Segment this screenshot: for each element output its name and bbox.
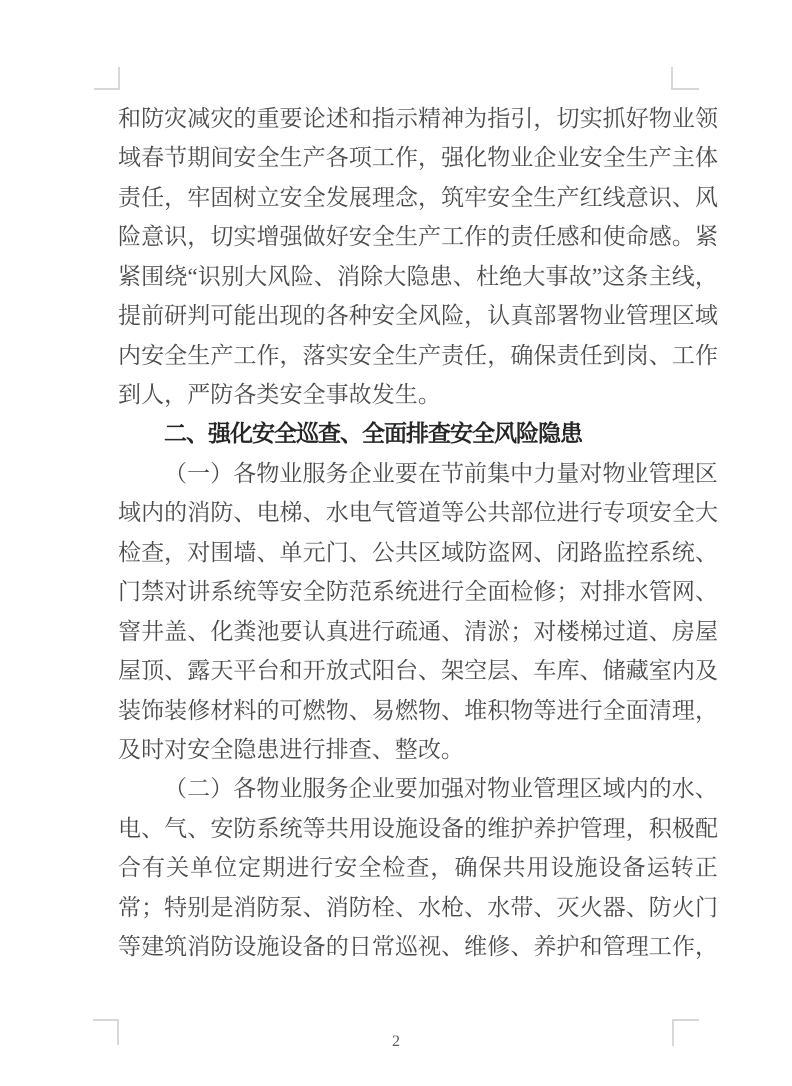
char: 的 — [303, 296, 326, 335]
char: 对 — [579, 454, 602, 493]
char: 这 — [602, 257, 625, 296]
char: 出 — [256, 296, 279, 335]
char: 。 — [418, 375, 441, 414]
char: 行 — [580, 691, 603, 730]
char: 物 — [418, 691, 441, 730]
char: 对 — [164, 572, 187, 611]
char: 用 — [527, 848, 550, 887]
char: 护 — [556, 809, 579, 848]
char: 期 — [262, 848, 285, 887]
char: 查 — [406, 848, 429, 887]
char: 和 — [280, 651, 303, 690]
char: 屋 — [695, 612, 718, 651]
char: 设 — [599, 848, 622, 887]
char: 淤 — [487, 612, 510, 651]
char: 全 — [303, 375, 326, 414]
char: 产 — [649, 138, 672, 177]
char: 闭 — [556, 533, 579, 572]
char: 通 — [418, 612, 441, 651]
char: 防 — [233, 809, 256, 848]
char: 指 — [372, 99, 395, 138]
char: 清 — [649, 691, 672, 730]
text-line: 门禁对讲系统等安全防范系统进行全面检修；对排水管网、 — [118, 572, 718, 611]
char: （ — [164, 454, 187, 493]
char: 统 — [672, 533, 695, 572]
text-line: 紧围绕“识别大风险、消除大隐患、杜绝大事故”这条主线， — [118, 257, 718, 296]
char: 故 — [569, 257, 592, 296]
char: 落 — [303, 336, 326, 375]
char: 进 — [279, 730, 302, 769]
char: 作 — [672, 927, 695, 966]
char: 物 — [487, 769, 510, 808]
char: 隐 — [406, 257, 429, 296]
char: 责 — [118, 178, 141, 217]
text-line: 内安全生产工作，落实安全生产责任，确保责任到岗、工作 — [118, 336, 718, 375]
char: 的 — [256, 691, 279, 730]
char: 服 — [302, 769, 325, 808]
char: ， — [164, 375, 187, 414]
char: 燃 — [395, 691, 418, 730]
char: 露 — [187, 651, 210, 690]
char: 消 — [337, 257, 360, 296]
char: 修 — [533, 572, 556, 611]
char: 内 — [626, 769, 649, 808]
char: 任 — [580, 336, 603, 375]
char: 春 — [141, 138, 164, 177]
char: 、 — [187, 809, 210, 848]
char: 理 — [672, 454, 695, 493]
paragraph-item-2: （二）各物业服务企业要加强对物业管理区域内的水、电、气、安防系统等共用设施设备的… — [118, 769, 718, 966]
char: 业 — [510, 769, 533, 808]
char: 、 — [626, 888, 649, 927]
char: 、 — [164, 651, 187, 690]
char: ， — [533, 99, 556, 138]
char: 险 — [291, 257, 314, 296]
char: 灾 — [164, 99, 187, 138]
char: 等 — [533, 691, 556, 730]
char: 安 — [580, 138, 603, 177]
char: 控 — [626, 533, 649, 572]
char: 及 — [695, 651, 718, 690]
char: 大 — [383, 257, 406, 296]
char: 述 — [326, 99, 349, 138]
char: 领 — [695, 99, 718, 138]
char: 墙 — [233, 533, 256, 572]
char: 是 — [210, 888, 233, 927]
char: 等 — [303, 809, 326, 848]
char: 转 — [671, 848, 694, 887]
char: 部 — [510, 493, 533, 532]
paragraph-continuation: 和防灾减灾的重要论述和指示精神为指引，切实抓好物业领域春节期间安全生产各项工作，… — [118, 99, 718, 415]
char: 示 — [395, 99, 418, 138]
char: 修 — [187, 691, 210, 730]
char: 备 — [441, 809, 464, 848]
char: 开 — [303, 651, 326, 690]
char: 种 — [349, 296, 372, 335]
char: 认 — [487, 296, 510, 335]
char: 窨 — [118, 612, 141, 651]
margin-mark-top-left — [94, 67, 120, 90]
text-line: 等建筑消防设施设备的日常巡视、维修、养护和管理工作， — [118, 927, 718, 966]
char: 论 — [303, 99, 326, 138]
char: 有 — [142, 848, 165, 887]
char: 各 — [326, 138, 349, 177]
char: 期 — [187, 138, 210, 177]
char: 门 — [118, 572, 141, 611]
char: 安 — [349, 336, 372, 375]
char: 面 — [487, 572, 510, 611]
char: 、 — [533, 888, 556, 927]
char: 防 — [210, 927, 233, 966]
text-line: 域春节期间安全生产各项工作，强化物业企业安全生产主体 — [118, 138, 718, 177]
char: 患 — [430, 257, 453, 296]
char: 确 — [510, 336, 533, 375]
char: 行 — [441, 572, 464, 611]
char: 消 — [187, 493, 210, 532]
char: 可 — [280, 691, 303, 730]
char: 积 — [487, 691, 510, 730]
char: 、 — [695, 769, 718, 808]
char: 全 — [303, 572, 326, 611]
text-line: 险意识，切实增强做好安全生产工作的责任感和使命感。紧 — [118, 217, 718, 256]
char: ， — [430, 848, 453, 887]
char: 管 — [626, 296, 649, 335]
char: ， — [280, 336, 303, 375]
char: 水 — [626, 572, 649, 611]
char: 理 — [372, 178, 395, 217]
char: 业 — [556, 138, 579, 177]
char: 设 — [280, 927, 303, 966]
char: 盖 — [164, 612, 187, 651]
char: 安 — [349, 217, 372, 256]
char: 装 — [118, 691, 141, 730]
char: 防 — [210, 375, 233, 414]
char: 、 — [349, 691, 372, 730]
char: 项 — [349, 138, 372, 177]
char: 险 — [441, 296, 464, 335]
char: 故 — [349, 375, 372, 414]
char: 加 — [418, 769, 441, 808]
heading-line: 二、强化安全巡查、全面排查安全风险隐患 — [118, 415, 718, 454]
char: 的 — [487, 217, 510, 256]
char: 务 — [326, 769, 349, 808]
char: 的 — [326, 927, 349, 966]
char: 藏 — [626, 651, 649, 690]
char: 和 — [580, 217, 603, 256]
char: 电 — [349, 493, 372, 532]
char: 、 — [672, 178, 695, 217]
char: 防 — [464, 533, 487, 572]
char: 楼 — [556, 612, 579, 651]
char: 清 — [464, 612, 487, 651]
char: 工 — [372, 138, 395, 177]
char: 设 — [233, 927, 256, 966]
char: 范 — [349, 572, 372, 611]
char: 巡 — [395, 927, 418, 966]
page-number: 2 — [0, 1031, 792, 1053]
char: 枪 — [441, 888, 464, 927]
char: 管 — [649, 454, 672, 493]
text-line: 合有关单位定期进行安全检查，确保共用设施设备运转正 — [118, 848, 718, 887]
char: 时 — [141, 730, 164, 769]
char: ； — [510, 612, 533, 651]
char: 管 — [580, 809, 603, 848]
char: 统 — [233, 572, 256, 611]
text-line: 到人，严防各类安全事故发生。 — [118, 375, 718, 414]
char: 筑 — [164, 927, 187, 966]
char: 车 — [533, 651, 556, 690]
char: 积 — [649, 809, 672, 848]
char: 平 — [233, 651, 256, 690]
text-line: 责任，牢固树立安全发展理念，筑牢安全生产红线意识、风 — [118, 178, 718, 217]
char: 设 — [551, 848, 574, 887]
char: ， — [418, 178, 441, 217]
char: 各 — [233, 375, 256, 414]
char: 展 — [349, 178, 372, 217]
char: 等 — [118, 927, 141, 966]
char: 消 — [187, 927, 210, 966]
char: 业 — [603, 296, 626, 335]
char: 施 — [395, 809, 418, 848]
char: 风 — [418, 296, 441, 335]
char: 化 — [464, 138, 487, 177]
char: 、 — [649, 336, 672, 375]
char: 条 — [625, 257, 648, 296]
char: 库 — [556, 651, 579, 690]
char: 防 — [649, 888, 672, 927]
char: 要 — [395, 454, 418, 493]
char: 要 — [280, 99, 303, 138]
char: 电 — [256, 493, 279, 532]
char: 、 — [303, 888, 326, 927]
char: 阳 — [372, 651, 395, 690]
char: 、 — [395, 888, 418, 927]
char: 运 — [647, 848, 670, 887]
char: 粪 — [233, 612, 256, 651]
char: 、 — [256, 533, 279, 572]
char: 、 — [453, 257, 476, 296]
char: 任 — [141, 178, 164, 217]
char: 产 — [556, 178, 579, 217]
char: ， — [695, 927, 718, 966]
char: 安 — [334, 848, 357, 887]
char: 对 — [464, 769, 487, 808]
char: 提 — [118, 296, 141, 335]
char: 全 — [303, 178, 326, 217]
char: 水 — [418, 888, 441, 927]
char: 理 — [556, 769, 579, 808]
char: 前 — [464, 454, 487, 493]
char: 产 — [303, 138, 326, 177]
char: 中 — [510, 454, 533, 493]
char: 事 — [326, 375, 349, 414]
char: 化 — [210, 612, 233, 651]
char: 进 — [556, 691, 579, 730]
char: 二 — [187, 769, 210, 808]
char: 电 — [118, 809, 141, 848]
char: 物 — [602, 454, 625, 493]
char: 管 — [603, 927, 626, 966]
char: 安 — [187, 730, 210, 769]
char: 安 — [280, 572, 303, 611]
char: 域 — [118, 138, 141, 177]
char: 泵 — [280, 888, 303, 927]
char: 面 — [626, 691, 649, 730]
char: 进 — [349, 612, 372, 651]
char: 认 — [303, 612, 326, 651]
char: 火 — [672, 888, 695, 927]
char: 空 — [464, 651, 487, 690]
char: 网 — [672, 572, 695, 611]
char: 意 — [626, 178, 649, 217]
char: 全 — [395, 296, 418, 335]
char: 专 — [603, 493, 626, 532]
char: 检 — [382, 848, 405, 887]
char: 实 — [233, 217, 256, 256]
char: 、 — [349, 533, 372, 572]
char: 业 — [372, 454, 395, 493]
char: 发 — [372, 375, 395, 414]
char: 。 — [672, 217, 695, 256]
char: 安 — [279, 375, 302, 414]
char: 和 — [118, 99, 141, 138]
char: 道 — [418, 493, 441, 532]
char: 生 — [187, 336, 210, 375]
char: 安 — [280, 178, 303, 217]
char: 重 — [256, 99, 279, 138]
char: 业 — [672, 99, 695, 138]
char: 抓 — [603, 99, 626, 138]
char: 固 — [210, 178, 233, 217]
char: 增 — [256, 217, 279, 256]
char: “ — [188, 257, 198, 296]
char: 企 — [349, 454, 372, 493]
char: 念 — [395, 178, 418, 217]
char: 、 — [141, 809, 164, 848]
char: 牢 — [464, 178, 487, 217]
char: 式 — [349, 651, 372, 690]
char: 围 — [141, 257, 164, 296]
char: 统 — [280, 809, 303, 848]
char: 防 — [256, 888, 279, 927]
char: 别 — [187, 888, 210, 927]
char: 火 — [580, 888, 603, 927]
char: 意 — [141, 217, 164, 256]
char: 线 — [672, 257, 695, 296]
char: 物 — [326, 691, 349, 730]
char: 在 — [418, 454, 441, 493]
char: 全 — [510, 178, 533, 217]
char: 燃 — [303, 691, 326, 730]
char: 责 — [510, 217, 533, 256]
char: 强 — [441, 769, 464, 808]
char: 发 — [326, 178, 349, 217]
char: 放 — [326, 651, 349, 690]
char: 绕 — [164, 257, 187, 296]
char: 屋 — [118, 651, 141, 690]
char: 域 — [441, 533, 464, 572]
paragraph-item-1: （一）各物业服务企业要在节前集中力量对物业管理区域内的消防、电梯、水电气管道等公… — [118, 454, 718, 770]
char: 引 — [510, 99, 533, 138]
char: 视 — [418, 927, 441, 966]
char: 命 — [626, 217, 649, 256]
text-line: 电、气、安防系统等共用设施设备的维护养护管理，积极配 — [118, 809, 718, 848]
char: 区 — [672, 296, 695, 335]
char: 识 — [164, 217, 187, 256]
char: 保 — [478, 848, 501, 887]
char: 精 — [418, 99, 441, 138]
char: 确 — [454, 848, 477, 887]
char: 能 — [233, 296, 256, 335]
text-line: 域内的消防、电梯、水电气管道等公共部位进行专项安全大 — [118, 493, 718, 532]
char: ） — [210, 454, 233, 493]
char: 管 — [649, 572, 672, 611]
char: ， — [695, 257, 718, 296]
char: 作 — [695, 336, 718, 375]
char: 一 — [187, 454, 210, 493]
char: 排 — [603, 572, 626, 611]
char: 全 — [210, 730, 233, 769]
char: 全 — [358, 848, 381, 887]
char: 室 — [649, 651, 672, 690]
char: 力 — [533, 454, 556, 493]
char: 物 — [649, 99, 672, 138]
text-line: 常；特别是消防泵、消防栓、水枪、水带、灭火器、防火门 — [118, 888, 718, 927]
char: 、 — [695, 572, 718, 611]
char: 顶 — [141, 651, 164, 690]
char: 绝 — [499, 257, 522, 296]
char: 疏 — [395, 612, 418, 651]
document-page: 和防灾减灾的重要论述和指示精神为指引，切实抓好物业领域春节期间安全生产各项工作，… — [0, 0, 792, 1086]
char: 设 — [418, 809, 441, 848]
char: 堆 — [464, 691, 487, 730]
char: 检 — [510, 572, 533, 611]
char: 全 — [372, 217, 395, 256]
char: 行 — [303, 730, 326, 769]
char: 行 — [310, 848, 333, 887]
char: 气 — [164, 809, 187, 848]
char: 共 — [487, 493, 510, 532]
char: 责 — [556, 336, 579, 375]
margin-mark-top-right — [671, 67, 699, 90]
char: 工 — [649, 927, 672, 966]
char: 理 — [626, 927, 649, 966]
char: 装 — [164, 691, 187, 730]
char: 、 — [510, 651, 533, 690]
char: 牢 — [187, 178, 210, 217]
char: ， — [626, 809, 649, 848]
char: 对 — [533, 612, 556, 651]
char: 大 — [695, 493, 718, 532]
char: 防 — [210, 493, 233, 532]
char: 门 — [326, 533, 349, 572]
char: 切 — [210, 217, 233, 256]
char: ； — [141, 888, 164, 927]
char: 业 — [279, 769, 302, 808]
char: 风 — [267, 257, 290, 296]
char: 作 — [395, 138, 418, 177]
char: 生 — [280, 138, 303, 177]
char: 护 — [510, 809, 533, 848]
char: 感 — [649, 217, 672, 256]
char: 行 — [372, 612, 395, 651]
char: 、 — [441, 691, 464, 730]
char: 系 — [256, 809, 279, 848]
char: 任 — [533, 217, 556, 256]
char: 间 — [210, 138, 233, 177]
char: 养 — [533, 927, 556, 966]
char: 进 — [418, 572, 441, 611]
